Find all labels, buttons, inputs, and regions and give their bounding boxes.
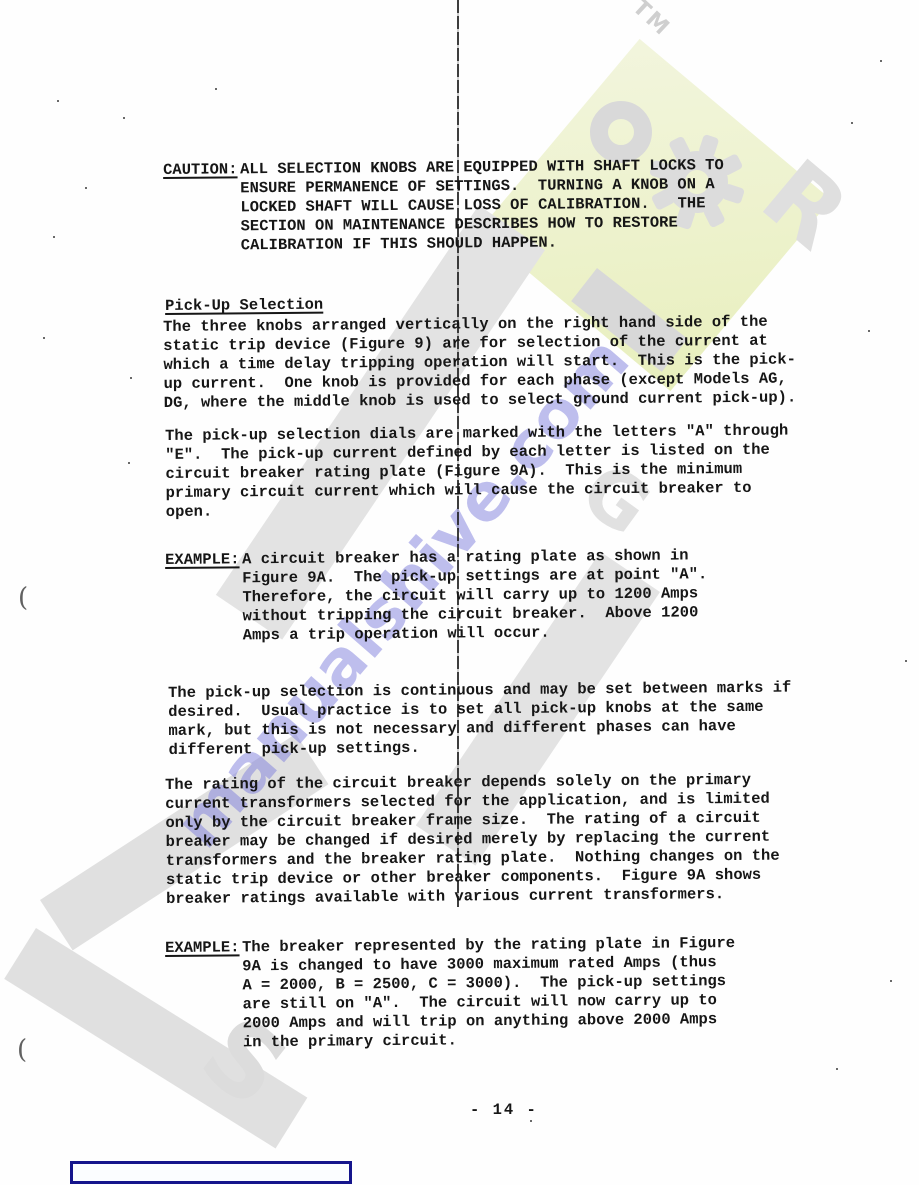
section-heading: Pick-Up Selection [165, 296, 323, 315]
text-line: different pick-up settings. [168, 736, 791, 760]
caution-block: CAUTION: ALL SELECTION KNOBS ARE EQUIPPE… [163, 156, 724, 256]
scan-speck [215, 88, 217, 90]
paragraph-text: The pick-up selection is continuous and … [168, 679, 792, 760]
scan-speck [130, 377, 132, 379]
paragraph-text: The pick-up selection dials are marked w… [165, 422, 789, 522]
scan-speck [43, 337, 45, 339]
scan-speck [57, 100, 59, 102]
paragraph: The pick-up selection dials are marked w… [165, 422, 789, 522]
scan-speck [530, 1120, 532, 1122]
text-line: without tripping the circuit breaker. Ab… [242, 603, 707, 626]
scan-speck [880, 60, 882, 62]
example-block: EXAMPLE: The breaker represented by the … [165, 934, 736, 1053]
scan-speck [851, 122, 853, 124]
document-page: R G S TM manualshive.com ( ( CAUTION: AL… [0, 0, 919, 1185]
paragraph: The three knobs arranged vertically on t… [163, 312, 796, 413]
margin-pen-mark: ( [17, 1035, 27, 1065]
text-line: in the primary circuit. [243, 1029, 736, 1052]
example-label: EXAMPLE: [165, 938, 243, 1053]
page-number: - 14 - [470, 1101, 538, 1119]
scan-speck [53, 236, 55, 238]
example-text: A circuit breaker has a rating plate as … [242, 546, 708, 645]
scan-speck [128, 462, 130, 464]
link-annotation-box[interactable] [70, 1161, 352, 1184]
scan-speck [905, 660, 907, 662]
caution-text: ALL SELECTION KNOBS ARE EQUIPPED WITH SH… [240, 156, 724, 255]
example-label: EXAMPLE: [165, 550, 243, 646]
example-text: The breaker represented by the rating pl… [242, 934, 736, 1052]
watermark-ring-shape [590, 101, 652, 163]
trademark-text: TM [627, 0, 675, 42]
margin-pen-mark: ( [18, 583, 28, 613]
paragraph: The pick-up selection is continuous and … [168, 679, 792, 760]
paragraph-text: The rating of the circuit breaker depend… [165, 771, 780, 909]
text-line: Amps a trip operation will occur. [243, 622, 708, 645]
paragraph: The rating of the circuit breaker depend… [165, 771, 780, 909]
scan-speck [123, 117, 125, 119]
caution-label: CAUTION: [163, 160, 241, 256]
example-block: EXAMPLE: A circuit breaker has a rating … [165, 546, 708, 646]
scan-speck [85, 187, 87, 189]
text-line: breaker ratings available with various c… [166, 885, 780, 909]
scan-speck [836, 1068, 838, 1070]
paragraph-text: The three knobs arranged vertically on t… [163, 312, 796, 413]
scan-speck [868, 330, 870, 332]
scan-speck [890, 980, 892, 982]
